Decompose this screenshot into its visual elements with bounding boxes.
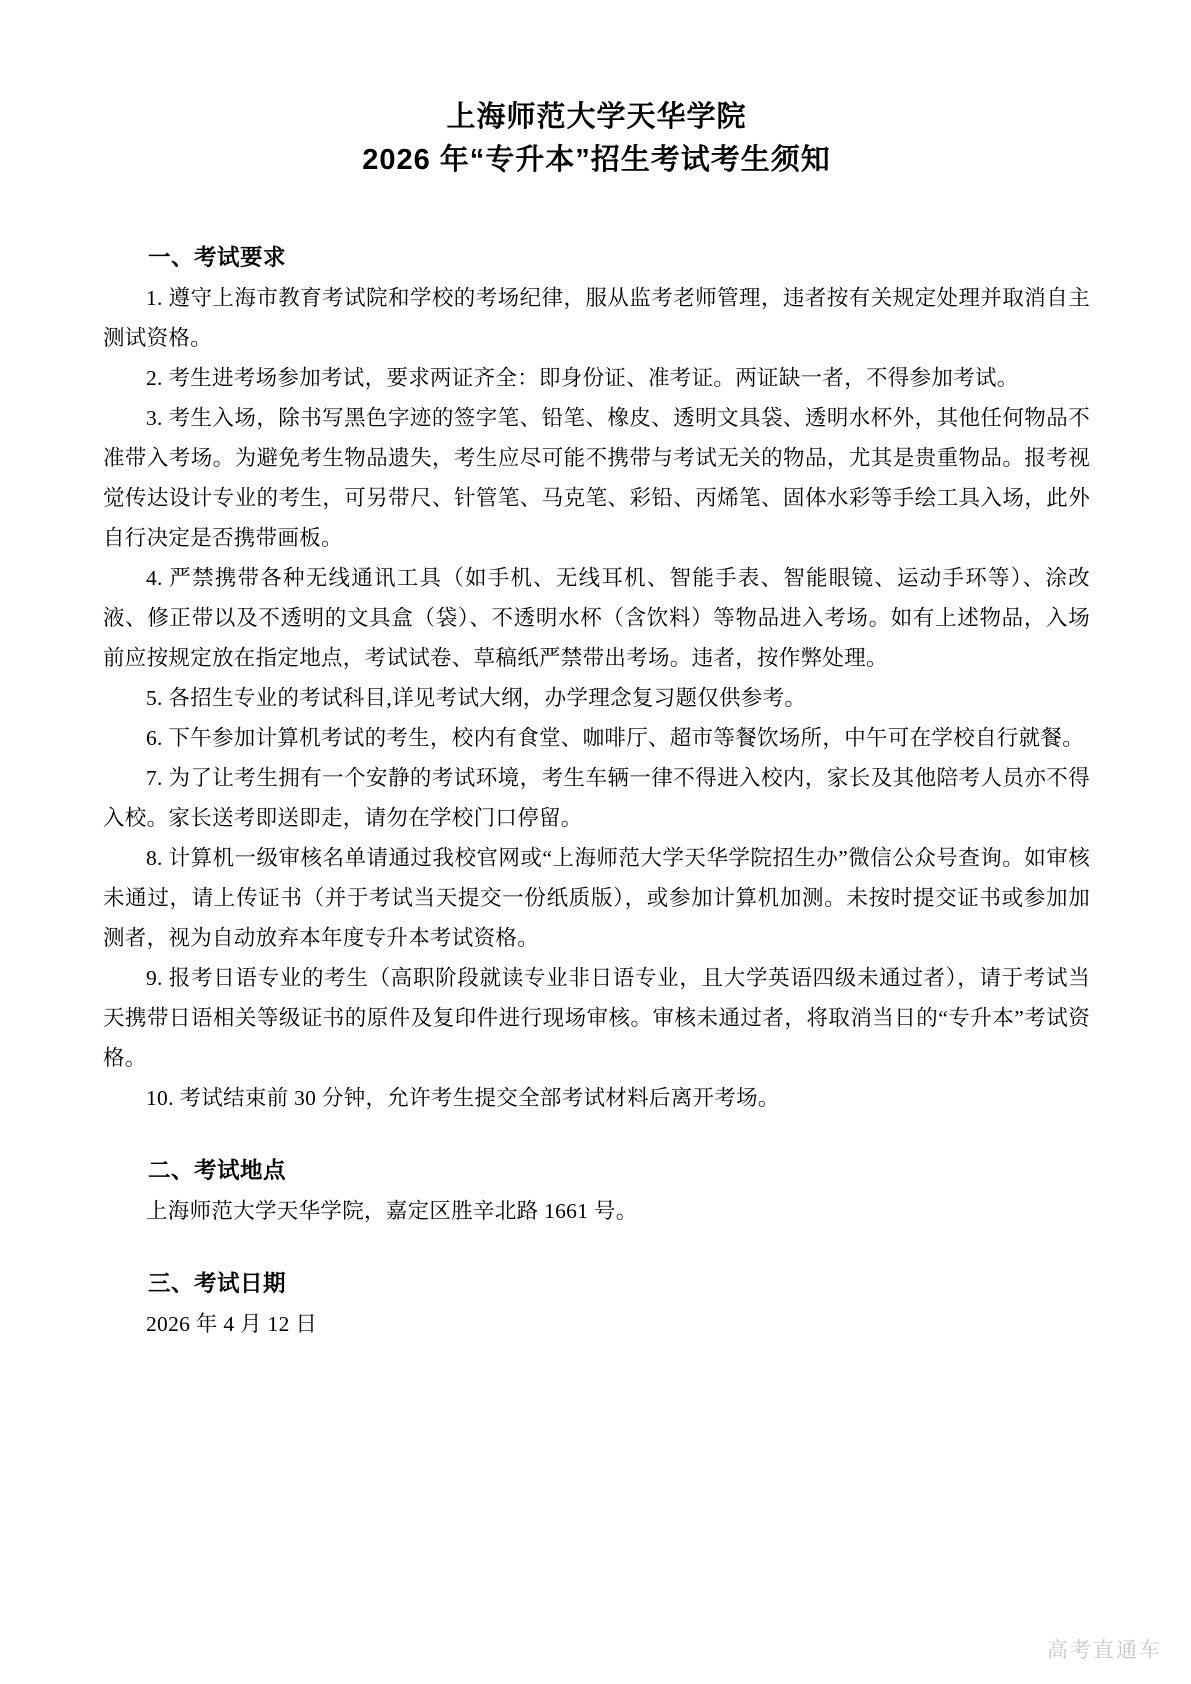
list-item-2: 2. 考生进考场参加考试，要求两证齐全：即身份证、准考证。两证缺一者，不得参加考… — [103, 358, 1090, 398]
list-item-10: 10. 考试结束前 30 分钟，允许考生提交全部考试材料后离开考场。 — [103, 1078, 1090, 1118]
list-item-7: 7. 为了让考生拥有一个安静的考试环境，考生车辆一律不得进入校内，家长及其他陪考… — [103, 758, 1090, 838]
list-item-9: 9. 报考日语专业的考生（高职阶段就读专业非日语专业，且大学英语四级未通过者），… — [103, 958, 1090, 1078]
list-item-5: 5. 各招生专业的考试科目,详见考试大纲，办学理念复习题仅供参考。 — [103, 678, 1090, 718]
list-item-6: 6. 下午参加计算机考试的考生，校内有食堂、咖啡厅、超市等餐饮场所，中午可在学校… — [103, 718, 1090, 758]
document-title-line1: 上海师范大学天华学院 — [103, 96, 1090, 139]
document-page: 上海师范大学天华学院 2026 年“专升本”招生考试考生须知 一、考试要求 1.… — [0, 0, 1191, 1684]
exam-location-text: 上海师范大学天华学院，嘉定区胜辛北路 1661 号。 — [103, 1191, 1090, 1231]
list-item-1: 1. 遵守上海市教育考试院和学校的考场纪律，服从监考老师管理，违者按有关规定处理… — [103, 278, 1090, 358]
section-exam-location: 二、考试地点 上海师范大学天华学院，嘉定区胜辛北路 1661 号。 — [103, 1151, 1090, 1231]
list-item-3: 3. 考生入场，除书写黑色字迹的签字笔、铅笔、橡皮、透明文具袋、透明水杯外，其他… — [103, 398, 1090, 558]
exam-date-text: 2026 年 4 月 12 日 — [103, 1304, 1090, 1344]
section-exam-requirements: 一、考试要求 1. 遵守上海市教育考试院和学校的考场纪律，服从监考老师管理，违者… — [103, 238, 1090, 1118]
document-title-line2: 2026 年“专升本”招生考试考生须知 — [103, 139, 1090, 182]
list-item-8: 8. 计算机一级审核名单请通过我校官网或“上海师范大学天华学院招生办”微信公众号… — [103, 838, 1090, 958]
watermark: 高考直通车 — [1047, 1634, 1162, 1664]
section-exam-date: 三、考试日期 2026 年 4 月 12 日 — [103, 1264, 1090, 1344]
section-heading-exam-location: 二、考试地点 — [103, 1151, 1090, 1191]
section-heading-exam-date: 三、考试日期 — [103, 1264, 1090, 1304]
section-heading-exam-requirements: 一、考试要求 — [103, 238, 1090, 278]
list-item-4: 4. 严禁携带各种无线通讯工具（如手机、无线耳机、智能手表、智能眼镜、运动手环等… — [103, 558, 1090, 678]
